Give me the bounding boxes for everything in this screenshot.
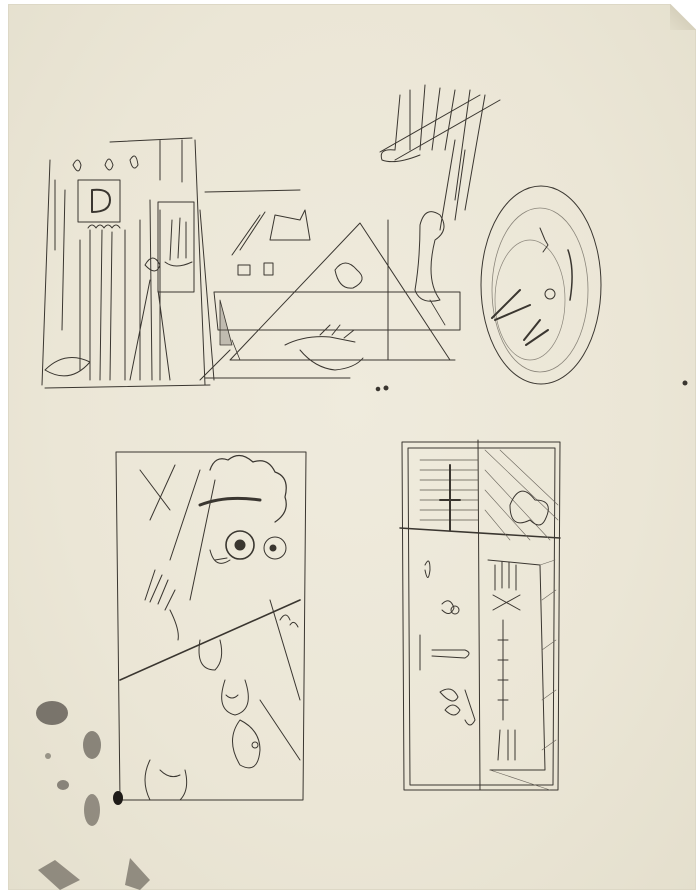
panel-oval-face — [481, 186, 688, 386]
panel-figure-with-mask — [116, 452, 306, 800]
panel-interior-scene — [42, 138, 214, 388]
sketch-artwork — [0, 0, 700, 896]
panel-triangle-composition — [200, 85, 500, 391]
panel-hand-features — [400, 440, 560, 790]
ink-stains — [36, 701, 150, 890]
